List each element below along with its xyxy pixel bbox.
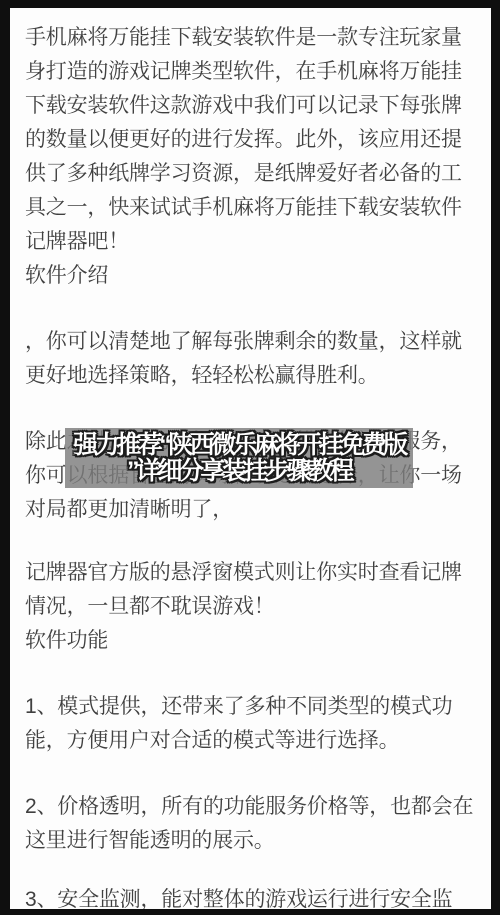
section-heading-software-features: 软件功能 (25, 624, 477, 658)
frame-left-border (0, 0, 10, 915)
frame-bottom-border (0, 909, 500, 915)
article-paragraph-floating-window: 记牌器官方版的悬浮窗模式则让你实时查看记牌 情况，一旦都不耽误游戏！ (25, 556, 477, 624)
article-paragraph-intro: 手机麻将万能挂下载安装软件是一款专注玩家量 身打造的游戏记牌类型软件，在手机麻将… (25, 21, 477, 259)
feature-item-2-pricing: 2、价格透明，所有的功能服务价格等，也都会在 这里进行智能透明的展示。 (25, 790, 477, 858)
feature-item-1-modes: 1、模式提供，还带来了多种不同类型的模式功 能，方便用户对合适的模式等进行选择。 (25, 690, 477, 758)
promo-overlay-line-1: 强力推荐“陕西微乐麻将开挂免费版 (73, 432, 405, 458)
frame-right-border (491, 0, 500, 915)
promo-overlay-banner: 强力推荐“陕西微乐麻将开挂免费版 ”详细分享装挂步骤教程 (65, 428, 413, 488)
promo-overlay-line-2: ”详细分享装挂步骤教程 (127, 458, 351, 484)
frame-top-border (0, 0, 500, 8)
article-paragraph-card-counting: ，你可以清楚地了解每张牌剩余的数量，这样就 更好地选择策略，轻轻松松赢得胜利。 (25, 325, 477, 393)
section-heading-software-intro: 软件介绍 (25, 259, 477, 293)
